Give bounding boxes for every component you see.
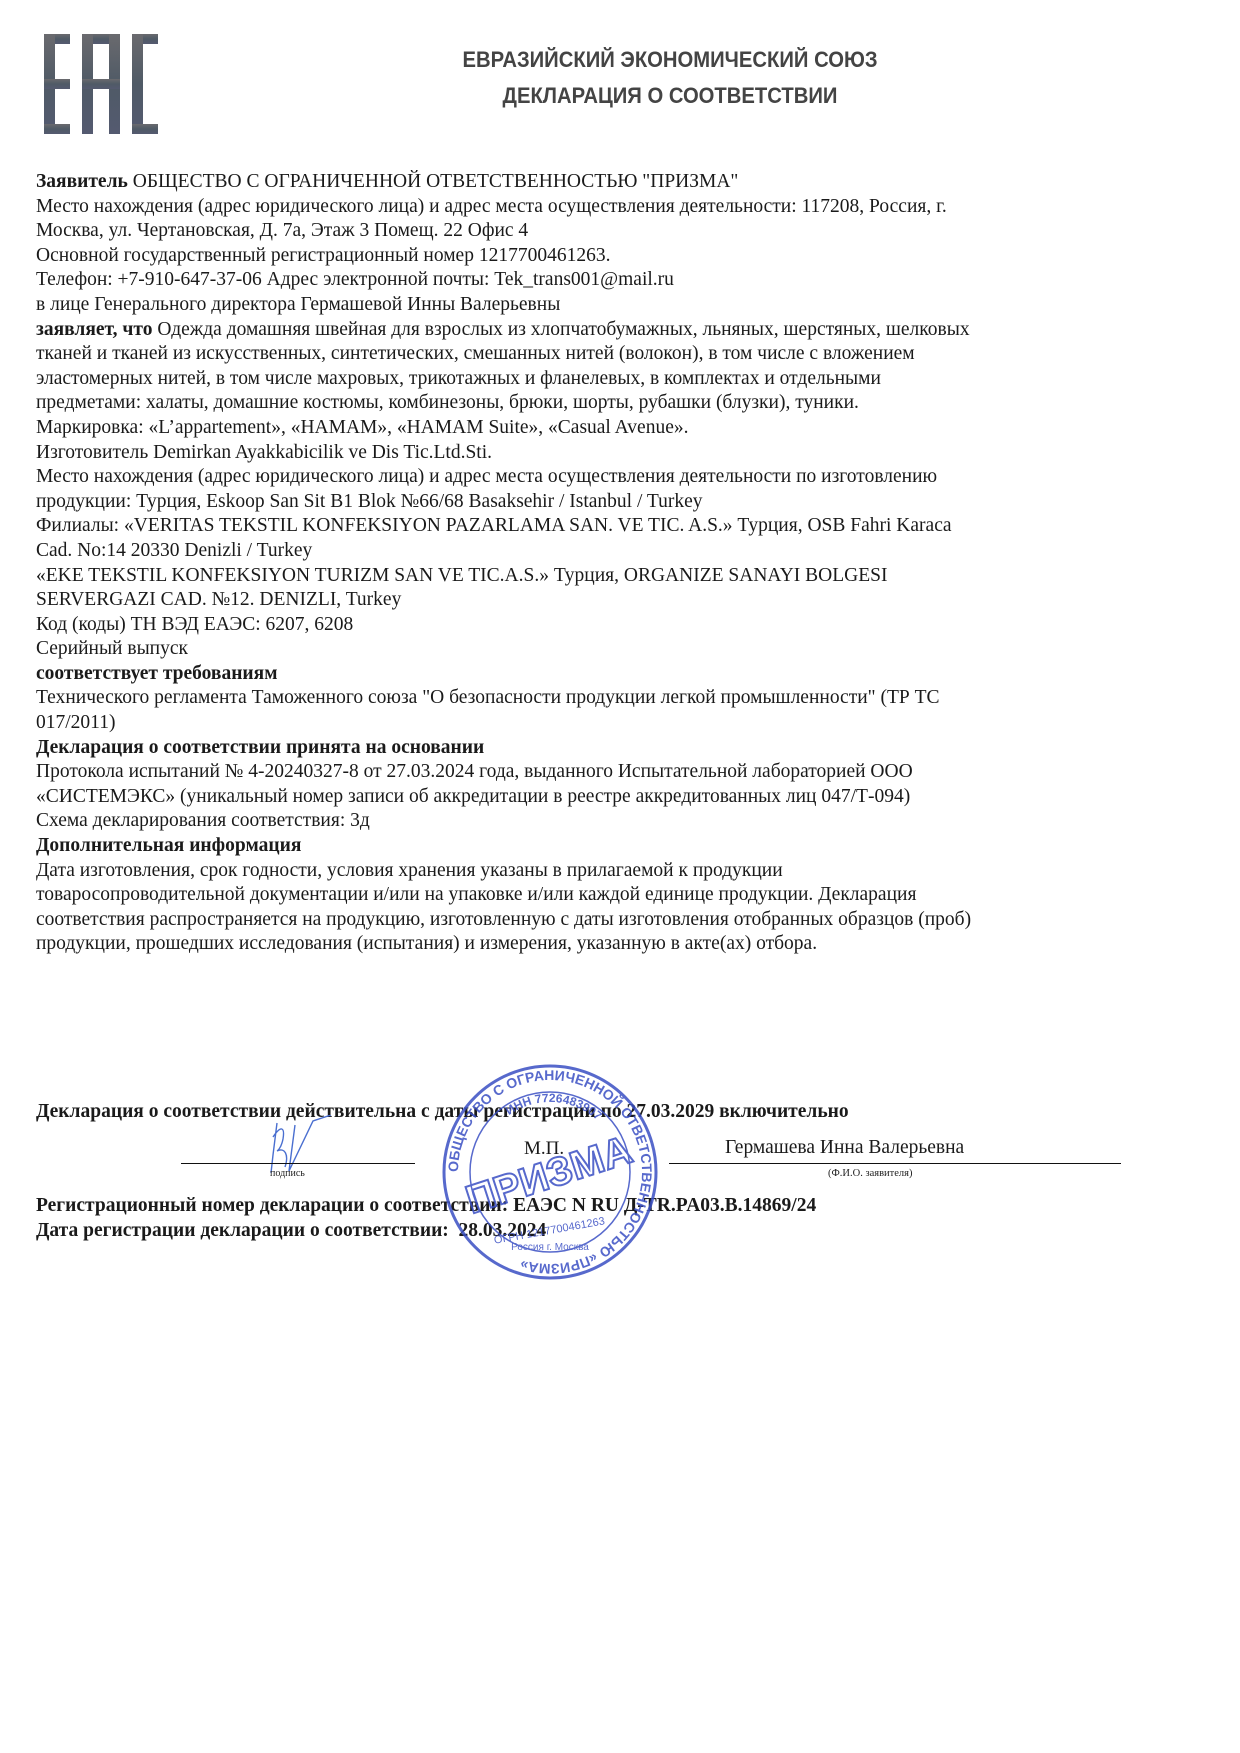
registration-date-line: Дата регистрации декларации о соответств… [36,1218,816,1243]
stamp-inn: ИНН 7726483907 [503,1091,605,1123]
applicant-contacts: Телефон: +7-910-647-37-06 Адрес электрон… [36,268,1176,293]
basis-heading: Декларация о соответствии принята на осн… [36,736,1176,761]
applicant-ogrn: Основной государственный регистрационный… [36,244,1176,269]
additional-info-line-4: продукции, прошедших исследования (испыт… [36,932,1176,957]
applicant-representative: в лице Генерального директора Гермашевой… [36,293,1176,318]
signer-name-label: (Ф.И.О. заявителя) [828,1168,913,1179]
eac-logo [44,34,160,134]
signer-name: Гермашева Инна Валерьевна [725,1137,964,1159]
declaration-scheme: Схема декларирования соответствия: 3д [36,809,1176,834]
conformity-line-1: Технического регламента Таможенного союз… [36,686,1176,711]
manufacturer-address-1: Место нахождения (адрес юридического лиц… [36,465,1176,490]
product-line-2: тканей и тканей из искусственных, синтет… [36,342,1176,367]
signer-name-line [669,1163,1121,1164]
registration-block: Регистрационный номер декларации о соотв… [36,1193,816,1243]
hs-codes: Код (коды) ТН ВЭД ЕАЭС: 6207, 6208 [36,613,1176,638]
product-marking: Маркировка: «L’appartement», «HAMAM», «H… [36,416,1176,441]
branch-2-line-1: «EKE TEKSTIL KONFEKSIYON TURIZM SAN VE T… [36,564,1176,589]
stamp-city: Россия г. Москва [511,1242,589,1253]
product-line-4: предметами: халаты, домашние костюмы, ко… [36,391,1176,416]
applicant-address-1: Место нахождения (адрес юридического лиц… [36,195,1176,220]
registration-number-label: Регистрационный номер декларации о соотв… [36,1195,508,1216]
conformity-heading: соответствует требованиям [36,662,1176,687]
additional-info-line-2: товаросопроводительной документации и/ил… [36,883,1176,908]
additional-info-line-1: Дата изготовления, срок годности, услови… [36,859,1176,884]
applicant-label: Заявитель [36,171,128,192]
branch-1-line-2: Cad. No:14 20330 Denizli / Turkey [36,539,1176,564]
company-seal-stamp-icon: ОБЩЕСТВО С ОГРАНИЧЕННОЙ ОТВЕТСТВЕННОСТЬЮ… [440,1062,660,1282]
basis-line-1: Протокола испытаний № 4-20240327-8 от 27… [36,760,1176,785]
conformity-line-2: 017/2011) [36,711,1176,736]
declaration-body: Заявитель ОБЩЕСТВО С ОГРАНИЧЕННОЙ ОТВЕТС… [36,170,1176,957]
branch-2-line-2: SERVERGAZI CAD. №12. DENIZLI, Turkey [36,588,1176,613]
stamp-center-text: ПРИЗМА [461,1128,638,1223]
applicant-name: ОБЩЕСТВО С ОГРАНИЧЕННОЙ ОТВЕТСТВЕННОСТЬЮ… [133,171,739,192]
basis-line-2: «СИСТЕМЭКС» (уникальный номер записи об … [36,785,1176,810]
product-line-3: эластомерных нитей, в том числе махровых… [36,367,1176,392]
applicant-line: Заявитель ОБЩЕСТВО С ОГРАНИЧЕННОЙ ОТВЕТС… [36,170,1176,195]
signature-label: подпись [270,1168,305,1179]
handwritten-signature-icon [255,1115,335,1175]
additional-info-line-3: соответствия распространяется на продукц… [36,908,1176,933]
branch-1-line-1: Филиалы: «VERITAS TEKSTIL KONFEKSIYON PA… [36,514,1176,539]
manufacturer-address-2: продукции: Турция, Eskoop San Sit B1 Blo… [36,490,1176,515]
product-line-1: заявляет, что Одежда домашняя швейная дл… [36,318,1176,343]
registration-date-label: Дата регистрации декларации о соответств… [36,1220,449,1241]
production-type: Серийный выпуск [36,637,1176,662]
additional-info-heading: Дополнительная информация [36,834,1176,859]
header-document-title: ДЕКЛАРАЦИЯ О СООТВЕТСТВИИ [330,78,1011,114]
header-union-title: ЕВРАЗИЙСКИЙ ЭКОНОМИЧЕСКИЙ СОЮЗ [330,42,1011,78]
declares-label: заявляет, что [36,319,153,340]
eac-mark-icon [44,34,160,134]
applicant-address-2: Москва, ул. Чертановская, Д. 7а, Этаж 3 … [36,219,1176,244]
document-header: ЕВРАЗИЙСКИЙ ЭКОНОМИЧЕСКИЙ СОЮЗ ДЕКЛАРАЦИ… [300,42,1040,114]
svg-text:ИНН 7726483907: ИНН 7726483907 [503,1091,605,1123]
registration-number-line: Регистрационный номер декларации о соотв… [36,1193,816,1218]
manufacturer: Изготовитель Demirkan Ayakkabicilik ve D… [36,441,1176,466]
signature-line [181,1163,415,1164]
